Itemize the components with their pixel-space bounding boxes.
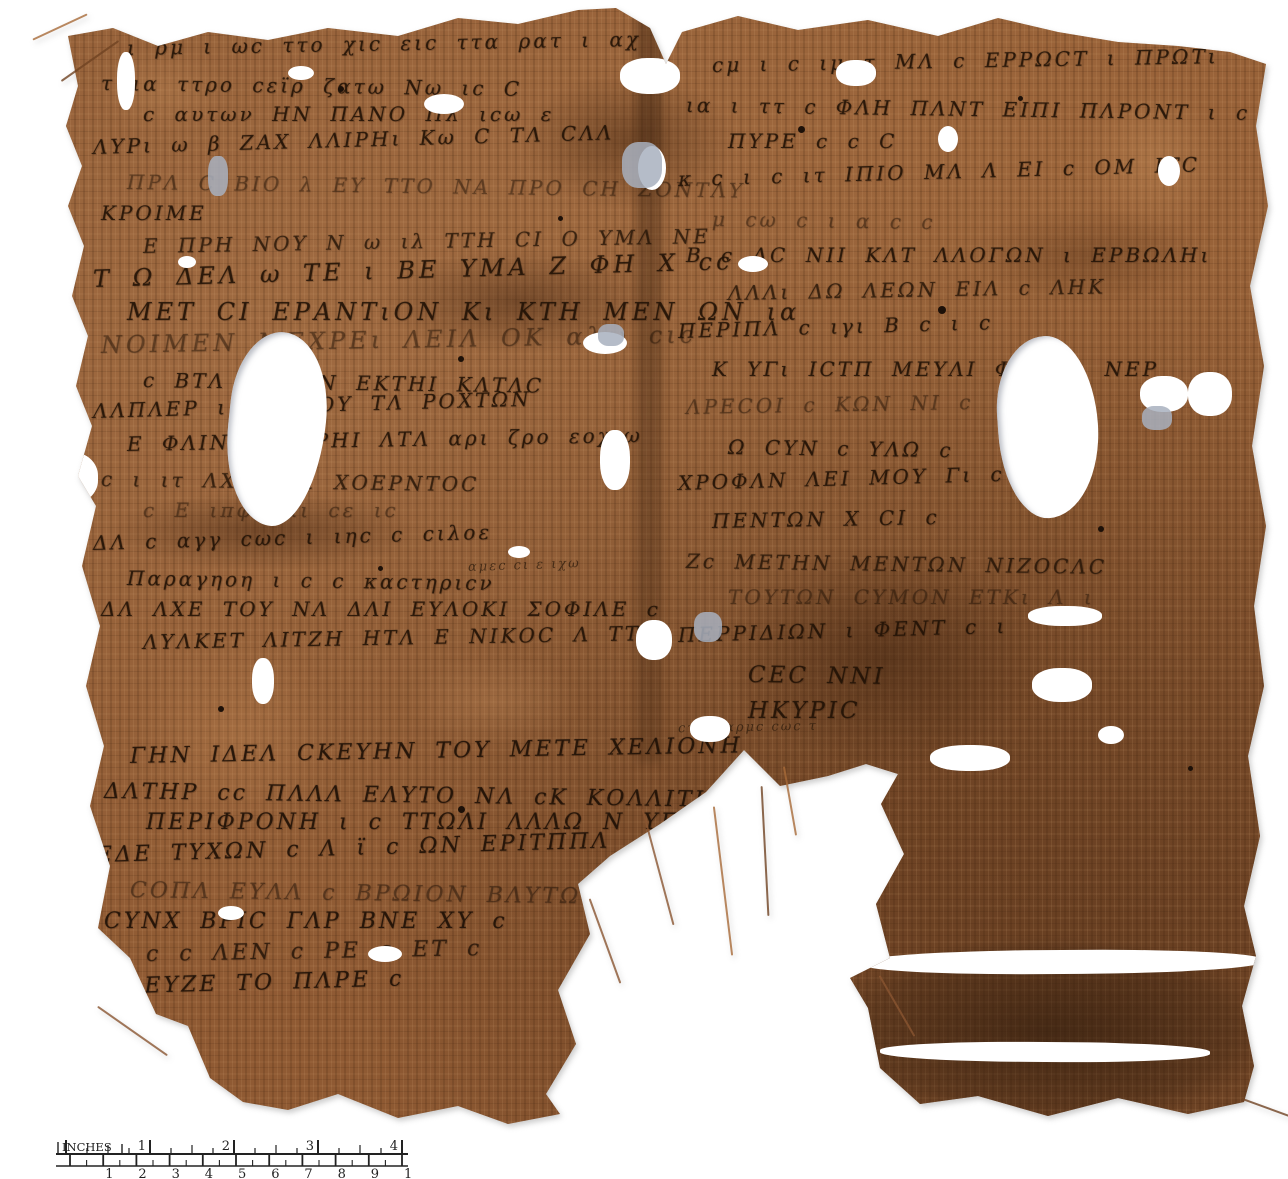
ruler-label: 9 — [371, 1167, 379, 1179]
ruler-label: 10 — [404, 1167, 412, 1179]
papyrus-fiber — [761, 786, 770, 916]
gray-patch — [694, 612, 722, 642]
speck — [1158, 156, 1180, 186]
ink-blot — [798, 126, 805, 133]
tear-gash — [930, 745, 1010, 771]
tear-gash — [1032, 668, 1092, 702]
ink-blot — [1188, 766, 1193, 771]
speck — [288, 66, 314, 80]
tear-gash — [117, 52, 135, 110]
ink-blot — [378, 566, 383, 571]
handwriting-line: μ ϲω ϲ ι α ϲ ϲ — [712, 200, 1284, 246]
ruler-label: 8 — [338, 1167, 346, 1179]
ink-blot — [938, 306, 946, 314]
speck — [368, 946, 402, 962]
ruler-label: INCHES — [62, 1140, 112, 1154]
tear-gash — [34, 760, 78, 850]
tear-gash — [1028, 606, 1102, 626]
gray-patch — [622, 142, 662, 188]
ruler-label: 4 — [205, 1167, 213, 1179]
ink-blot — [338, 86, 344, 92]
tear-gash — [836, 60, 876, 86]
ruler-label: 5 — [238, 1167, 246, 1179]
ruler-label: 2 — [138, 1167, 146, 1179]
tear-gash — [40, 452, 98, 504]
tear-gash — [252, 658, 274, 704]
ink-blot — [1098, 526, 1104, 532]
gray-patch — [598, 324, 624, 346]
tear-gash — [862, 949, 1262, 976]
ruler-label: 6 — [271, 1167, 279, 1179]
tear-gash — [880, 1041, 1210, 1063]
ruler-label: 3 — [306, 1139, 314, 1154]
speck — [938, 126, 958, 152]
scale-ruler: 1234INCHES12345678910 — [56, 1136, 412, 1179]
ink-blot — [1018, 96, 1023, 101]
ink-blot — [218, 706, 224, 712]
tear-gash — [636, 620, 672, 660]
handwriting-line: ϹΕϹ ΝΝΙ — [748, 656, 1284, 701]
speck — [508, 546, 530, 558]
papyrus-fiber — [713, 806, 733, 955]
speck — [178, 256, 196, 268]
photo-stage: ι ρμ ι ωϲ ττο χιϲ ειϲ ττα ρατ ι αχτ ια τ… — [0, 0, 1288, 1179]
papyrus-fiber — [589, 898, 622, 983]
papyrus-fiber — [1241, 1098, 1288, 1120]
ink-blot — [458, 806, 465, 813]
ruler-label: 7 — [304, 1167, 312, 1179]
ink-blot — [458, 356, 464, 362]
tear-gash — [1188, 372, 1232, 416]
papyrus-fragment: ι ρμ ι ωϲ ττο χιϲ ειϲ ττα ρατ ι αχτ ια τ… — [38, 6, 1270, 1140]
text-column-bottom-left: ΓΗΝ ΙΔΕΛ ϹΚΕΥΗΝ ΤΟΥ ΜΕΤΕ ΧΕΛΙΟΝΗΔΛΤΗΡ ϲϲ… — [96, 740, 819, 1004]
tear-gash — [690, 716, 730, 742]
tear-gash — [600, 430, 630, 490]
papyrus-wrapper: ι ρμ ι ωϲ ττο χιϲ ειϲ ττα ρατ ι αχτ ια τ… — [38, 6, 1270, 1140]
papyrus-fiber — [642, 809, 675, 925]
ruler-label: 1 — [138, 1139, 146, 1154]
ruler-label: 2 — [222, 1139, 230, 1154]
ruler-label: 3 — [172, 1167, 180, 1179]
ink-blot — [558, 216, 563, 221]
speck — [424, 94, 464, 114]
handwriting-line: ΠΕΝΤΩΝ Χ ϹΙ ϲ — [712, 492, 1284, 540]
speck — [1098, 726, 1124, 744]
ruler-label: 4 — [390, 1139, 398, 1154]
speck — [738, 256, 768, 272]
speck — [218, 906, 244, 920]
gray-patch — [1142, 406, 1172, 430]
tear-gash — [620, 58, 680, 94]
ruler-label: 1 — [105, 1167, 113, 1179]
gray-patch — [208, 156, 228, 196]
